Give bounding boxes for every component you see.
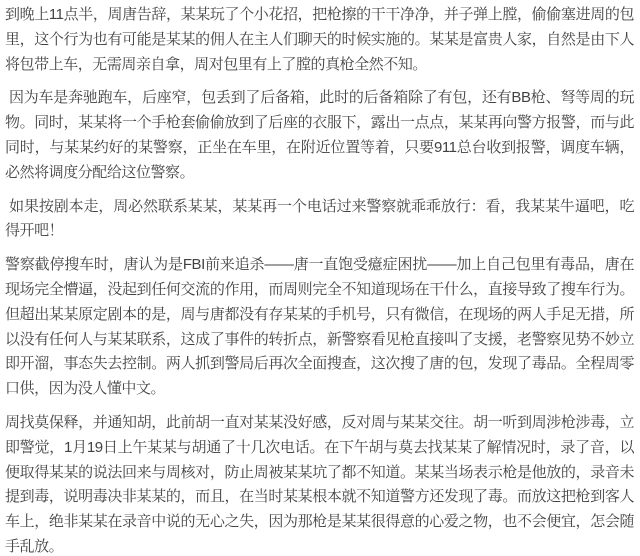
paragraph: 到晚上11点半，周唐告辞，某某玩了个小花招，把枪擦的干干净净，并子弹上膛，偷偷塞…: [5, 3, 634, 77]
page: { "article": { "paragraphs": [ "到晚上11点半，…: [0, 0, 640, 556]
paragraph: 周找莫保释，并通知胡，此前胡一直对某某没好感，反对周与某某交往。胡一听到周涉枪涉…: [5, 411, 634, 556]
article-body: 到晚上11点半，周唐告辞，某某玩了个小花招，把枪擦的干干净净，并子弹上膛，偷偷塞…: [0, 0, 640, 556]
paragraph: 如果按剧本走，周必然联系某某，某某再一个电话过来警察就乖乖放行：看，我某某牛逼吧…: [5, 195, 634, 245]
paragraph: 因为车是奔驰跑车，后座窄，包丢到了后备箱，此时的后备箱除了有包，还有BB枪、弩等…: [5, 86, 634, 185]
paragraph: 警察截停搜车时，唐认为是FBI前来追杀——唐一直饱受癔症困扰——加上自己包里有毒…: [5, 253, 634, 402]
